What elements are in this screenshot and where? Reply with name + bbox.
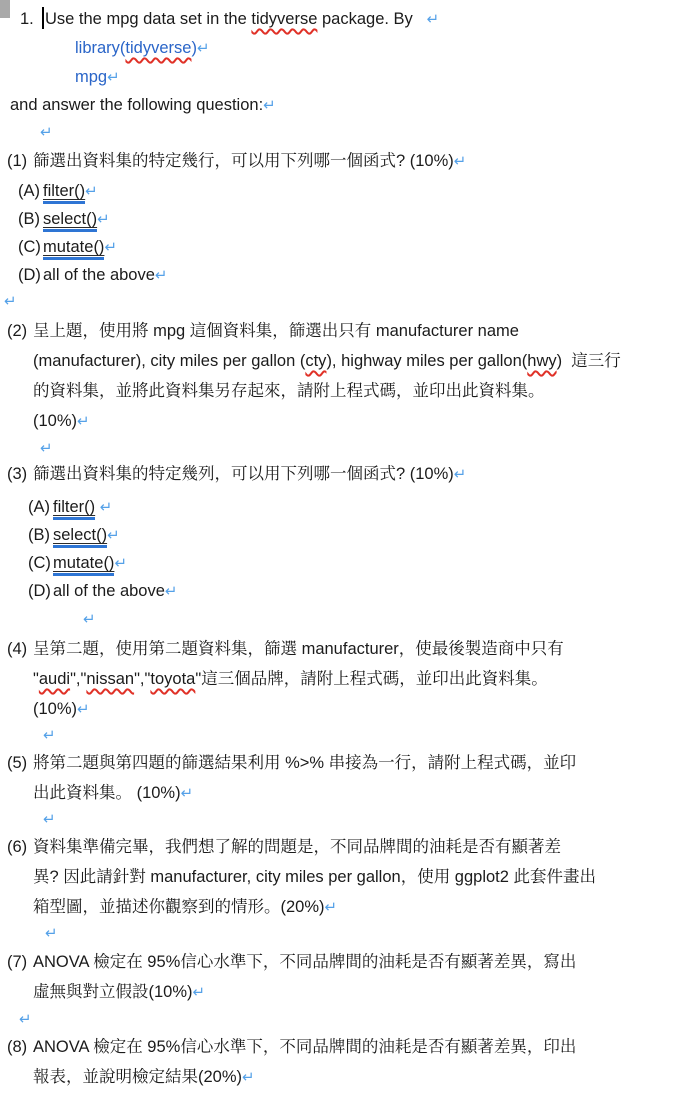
misspelled-word: audi (39, 670, 70, 688)
pilcrow-mark: ↵ (107, 69, 120, 86)
code-text: mpg (75, 68, 107, 86)
text-run: 虛無與對立假設(10%) (33, 983, 193, 1001)
pilcrow-mark: ↵ (107, 527, 120, 544)
text-run: 箱型圖，並描述你觀察到的情形。(20%) (33, 898, 325, 916)
misspelled-word: cty (305, 352, 326, 370)
misspelled-word: toyota (150, 670, 195, 688)
document-line[interactable]: 的資料集，並將此資料集另存起來，請附上程式碼，並印出此資料集。 (33, 380, 545, 403)
code-text: library( (75, 39, 125, 57)
list-label: (6) (7, 836, 33, 859)
text-run: 呈第二題，使用第二題資料集，篩選 manufacturer，使最後製造商中只有 (33, 640, 564, 658)
text-run: ANOVA 檢定在 95%信心水準下，不同品牌間的油耗是否有顯著差異，寫出 (33, 953, 576, 971)
text-run: (manufacturer), city miles per gallon ( (33, 352, 305, 370)
text-run: "這三個品牌，請附上程式碼，並印出此資料集。 (195, 670, 547, 688)
document-line[interactable]: ↵ (40, 121, 53, 144)
pilcrow-mark: ↵ (427, 11, 440, 28)
document-line[interactable]: (4)呈第二題，使用第二題資料集，篩選 manufacturer，使最後製造商中… (7, 638, 564, 661)
pilcrow-mark: ↵ (40, 440, 53, 457)
pilcrow-mark: ↵ (165, 583, 178, 600)
document-line[interactable]: (manufacturer), city miles per gallon (c… (33, 350, 621, 373)
function-name: filter() (43, 182, 85, 204)
page-corner-fragment (0, 0, 10, 18)
text-run: 篩選出資料集的特定幾行，可以用下列哪一個函式? (10%) (33, 152, 454, 170)
list-label: (4) (7, 638, 33, 661)
list-label: (3) (7, 463, 33, 486)
list-label: (B) (28, 524, 53, 547)
text-run: "," (134, 670, 150, 688)
document-line[interactable]: library(tidyverse)↵ (75, 37, 210, 60)
text-run: and answer the following question: (10, 96, 263, 114)
text-cursor (42, 7, 44, 29)
document-line[interactable]: (3)篩選出資料集的特定幾列，可以用下列哪一個函式? (10%)↵ (7, 463, 466, 486)
document-line[interactable]: 報表，並說明檢定結果(20%)↵ (33, 1066, 255, 1089)
document-line[interactable]: mpg↵ (75, 66, 120, 89)
pilcrow-mark: ↵ (193, 984, 206, 1001)
document-line[interactable]: (7)ANOVA 檢定在 95%信心水準下，不同品牌間的油耗是否有顯著差異，寫出 (7, 951, 576, 974)
text-run: ) 這三行 (557, 352, 621, 370)
pilcrow-mark: ↵ (181, 785, 194, 802)
list-label: (A) (18, 180, 43, 203)
document-line[interactable]: (2)呈上題，使用將 mpg 這個資料集，篩選出只有 manufacturer … (7, 320, 519, 343)
document-line[interactable]: (B)select()↵ (28, 524, 120, 547)
pilcrow-mark: ↵ (242, 1069, 255, 1086)
text-run: ANOVA 檢定在 95%信心水準下，不同品牌間的油耗是否有顯著差異，印出 (33, 1038, 576, 1056)
document-line[interactable]: (D)all of the above↵ (28, 580, 178, 603)
pilcrow-mark: ↵ (4, 293, 17, 310)
text-run: all of the above (53, 582, 165, 600)
pilcrow-mark: ↵ (45, 925, 58, 942)
text-run: 呈上題，使用將 mpg 這個資料集，篩選出只有 manufacturer nam… (33, 322, 519, 340)
function-name: select() (53, 526, 107, 548)
list-label: (D) (18, 264, 43, 287)
function-name: select() (43, 210, 97, 232)
list-label: (8) (7, 1036, 33, 1059)
misspelled-word: nissan (86, 670, 134, 688)
document-page[interactable]: 1.Use the mpg data set in the tidyverse … (0, 0, 684, 1100)
pilcrow-mark: ↵ (43, 811, 56, 828)
document-line[interactable]: 異? 因此請針對 manufacturer, city miles per ga… (33, 866, 596, 889)
function-name: mutate() (53, 554, 114, 576)
text-run: 報表，並說明檢定結果(20%) (33, 1068, 242, 1086)
document-line[interactable]: (5)將第二題與第四題的篩選結果利用 %>% 串接為一行，請附上程式碼，並印 (7, 752, 576, 775)
list-label: (A) (28, 496, 53, 519)
pilcrow-mark: ↵ (114, 555, 127, 572)
misspelled-word: tidyverse (251, 10, 317, 28)
document-line[interactable]: (6)資料集準備完畢，我們想了解的問題是，不同品牌間的油耗是否有顯著差 (7, 836, 561, 859)
document-line[interactable]: (D)all of the above↵ (18, 264, 168, 287)
document-line[interactable]: ↵ (43, 808, 56, 831)
misspelled-word: hwy (527, 352, 556, 370)
pilcrow-mark: ↵ (85, 183, 98, 200)
text-run: 資料集準備完畢，我們想了解的問題是，不同品牌間的油耗是否有顯著差 (33, 838, 561, 856)
document-line[interactable]: (A)filter()↵ (18, 180, 98, 203)
document-line[interactable]: ↵ (40, 437, 53, 460)
text-run: 將第二題與第四題的篩選結果利用 %>% 串接為一行，請附上程式碼，並印 (33, 754, 576, 772)
list-label: (7) (7, 951, 33, 974)
document-line[interactable]: (C)mutate()↵ (18, 236, 117, 259)
document-line[interactable]: "audi","nissan","toyota"這三個品牌，請附上程式碼，並印出… (33, 668, 548, 691)
document-line[interactable]: (10%)↵ (33, 410, 90, 433)
list-label: (D) (28, 580, 53, 603)
text-run (413, 10, 427, 28)
document-line[interactable]: (A)filter() ↵ (28, 496, 112, 519)
text-run: 異? 因此請針對 manufacturer, city miles per ga… (33, 868, 596, 886)
function-name: mutate() (43, 238, 104, 260)
document-line[interactable]: (8)ANOVA 檢定在 95%信心水準下，不同品牌間的油耗是否有顯著差異，印出 (7, 1036, 576, 1059)
text-run: 的資料集，並將此資料集另存起來，請附上程式碼，並印出此資料集。 (33, 382, 545, 400)
pilcrow-mark: ↵ (77, 701, 90, 718)
code-text-misspelled: tidyverse (125, 39, 191, 57)
text-run: (10%) (33, 412, 77, 430)
pilcrow-mark: ↵ (454, 466, 467, 483)
document-line[interactable]: 箱型圖，並描述你觀察到的情形。(20%)↵ (33, 896, 337, 919)
text-run: Use the mpg data set in the (45, 10, 251, 28)
pilcrow-mark: ↵ (263, 97, 276, 114)
pilcrow-mark: ↵ (40, 124, 53, 141)
pilcrow-mark: ↵ (19, 1011, 32, 1028)
list-label: (C) (18, 236, 43, 259)
pilcrow-mark: ↵ (97, 211, 110, 228)
text-run: "," (70, 670, 86, 688)
pilcrow-mark: ↵ (197, 40, 210, 57)
document-line[interactable]: ↵ (19, 1008, 32, 1031)
document-line[interactable]: ↵ (83, 608, 96, 631)
document-line[interactable]: (B)select()↵ (18, 208, 110, 231)
text-run: package. By (317, 10, 412, 28)
pilcrow-mark: ↵ (43, 727, 56, 744)
document-line[interactable]: 出此資料集。 (10%)↵ (33, 782, 193, 805)
list-label: (2) (7, 320, 33, 343)
function-name: filter() (53, 498, 95, 520)
document-line[interactable]: ↵ (4, 290, 17, 313)
text-run: 篩選出資料集的特定幾列，可以用下列哪一個函式? (10%) (33, 465, 454, 483)
text-run: all of the above (43, 266, 155, 284)
pilcrow-mark: ↵ (83, 611, 96, 628)
pilcrow-mark: ↵ (155, 267, 168, 284)
document-line[interactable]: ↵ (43, 724, 56, 747)
pilcrow-mark: ↵ (325, 899, 338, 916)
document-line[interactable]: (10%)↵ (33, 698, 90, 721)
list-label: (1) (7, 150, 33, 173)
list-label: (C) (28, 552, 53, 575)
document-line[interactable]: (1)篩選出資料集的特定幾行，可以用下列哪一個函式? (10%)↵ (7, 150, 466, 173)
list-label: (B) (18, 208, 43, 231)
list-label: (5) (7, 752, 33, 775)
pilcrow-mark: ↵ (77, 413, 90, 430)
document-line[interactable]: 虛無與對立假設(10%)↵ (33, 981, 205, 1004)
pilcrow-mark: ↵ (104, 239, 117, 256)
document-line[interactable]: and answer the following question:↵ (10, 94, 276, 117)
pilcrow-mark: ↵ (100, 499, 113, 516)
text-run: (10%) (33, 700, 77, 718)
document-line[interactable]: (C)mutate()↵ (28, 552, 127, 575)
document-line[interactable]: ↵ (45, 922, 58, 945)
text-run: ), highway miles per gallon( (326, 352, 527, 370)
pilcrow-mark: ↵ (454, 153, 467, 170)
text-run: 出此資料集。 (10%) (33, 784, 181, 802)
document-line[interactable]: 1.Use the mpg data set in the tidyverse … (20, 8, 439, 31)
